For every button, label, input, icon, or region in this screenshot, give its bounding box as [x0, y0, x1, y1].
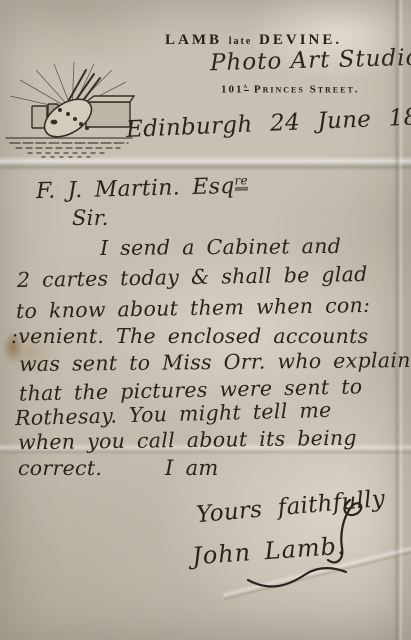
address-street: Princes Street. — [254, 84, 360, 96]
body-line: :venient. The enclosed accounts — [11, 324, 369, 348]
palette-vignette-icon — [2, 62, 138, 162]
body-line: I send a Cabinet and — [100, 234, 341, 260]
address-number: 101 — [221, 84, 244, 96]
studio-subtitle: Photo Art Studio. — [210, 46, 381, 76]
body-line: when you call about its being — [18, 426, 357, 455]
body-line: correct. — [18, 456, 102, 480]
letter-photograph: LAMB late DEVINE. Photo Art Studio. 101a… — [0, 0, 411, 640]
addressee-superscript: re — [234, 173, 248, 190]
addressee-name: F. J. Martin. Esq — [36, 174, 235, 204]
pre-closing: I am — [165, 456, 219, 480]
dateline-date: 24 June 1884 — [270, 103, 411, 137]
dateline-place: Edinburgh — [126, 112, 253, 143]
studio-address: 101a Princes Street. — [221, 82, 360, 96]
studio-name-part2: DEVINE. — [259, 32, 342, 48]
body-line: to know about them when con: — [16, 293, 371, 323]
dateline: Edinburgh 24 June 1884 — [126, 103, 411, 143]
body-line: 2 cartes today & shall be glad — [17, 262, 368, 292]
studio-name-connector: late — [229, 36, 253, 47]
salutation: Sir. — [72, 206, 109, 230]
studio-name-part1: LAMB — [165, 32, 222, 48]
address-superscript: a — [244, 82, 250, 91]
body-line: was sent to Miss Orr. who explains — [19, 348, 411, 376]
addressee-line: F. J. Martin. Esqre — [36, 173, 249, 204]
signature-flourish-icon — [230, 498, 405, 593]
